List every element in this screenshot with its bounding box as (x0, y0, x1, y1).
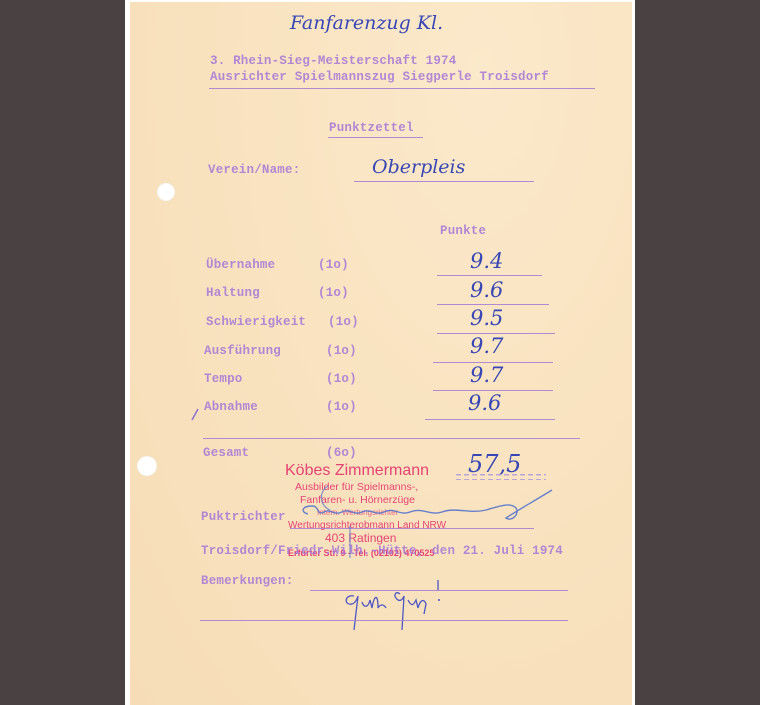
score-underline (425, 419, 555, 420)
judge-signature (290, 488, 560, 528)
judge-label: Puktrichter (201, 510, 286, 524)
header-line-1: 3. Rhein-Sieg-Meisterschaft 1974 (210, 54, 456, 68)
total-max: (6o) (326, 446, 357, 460)
total-double-underline (456, 474, 546, 480)
title-underline (328, 137, 423, 138)
judge-signature-line (290, 528, 534, 529)
criterion-max: (1o) (318, 315, 359, 329)
remarks-handwriting (340, 574, 480, 634)
criterion-max: (1o) (318, 286, 349, 300)
criterion-score: 9.5 (470, 306, 503, 330)
criterion-score: 9.6 (468, 391, 501, 415)
criterion-label: Übernahme (206, 258, 275, 272)
criterion-label: Tempo (204, 372, 243, 386)
criterion-label: Abnahme (204, 400, 258, 414)
remarks-label: Bemerkungen: (201, 574, 293, 588)
criterion-max: (1o) (326, 372, 357, 386)
handwritten-category: Fanfarenzug Kl. (290, 12, 443, 34)
tick-mark (190, 408, 200, 422)
header-underline (209, 88, 595, 89)
punch-hole-bottom (137, 456, 157, 476)
criterion-label: Schwierigkeit (206, 315, 306, 329)
stamp-line-5: 403 Ratingen (325, 531, 396, 545)
criterion-score: 9.4 (470, 249, 503, 273)
criterion-score: 9.7 (470, 363, 503, 387)
remarks-line-2 (200, 620, 568, 621)
criterion-max: (1o) (318, 258, 349, 272)
club-underline (354, 181, 534, 182)
criterion-label: Haltung (206, 286, 260, 300)
total-separator (203, 438, 580, 439)
stamp-name: Köbes Zimmermann (285, 462, 429, 480)
score-underline (437, 304, 549, 305)
criterion-score: 9.7 (470, 334, 503, 358)
header-line-2: Ausrichter Spielmannszug Siegperle Trois… (210, 70, 549, 84)
score-underline (437, 275, 542, 276)
criterion-score: 9.6 (470, 278, 503, 302)
place-date: Troisdorf/Friedr.Wilh.-Hütte, den 21. Ju… (201, 544, 563, 558)
club-label: Verein/Name: (208, 163, 300, 177)
sheet-title: Punktzettel (329, 121, 414, 135)
points-header: Punkte (440, 224, 486, 238)
criterion-max: (1o) (326, 344, 357, 358)
punch-hole-top (157, 183, 175, 201)
total-label: Gesamt (203, 446, 249, 460)
criterion-label: Ausführung (204, 344, 281, 358)
club-value: Oberpleis (372, 156, 465, 178)
criterion-max: (1o) (326, 400, 357, 414)
